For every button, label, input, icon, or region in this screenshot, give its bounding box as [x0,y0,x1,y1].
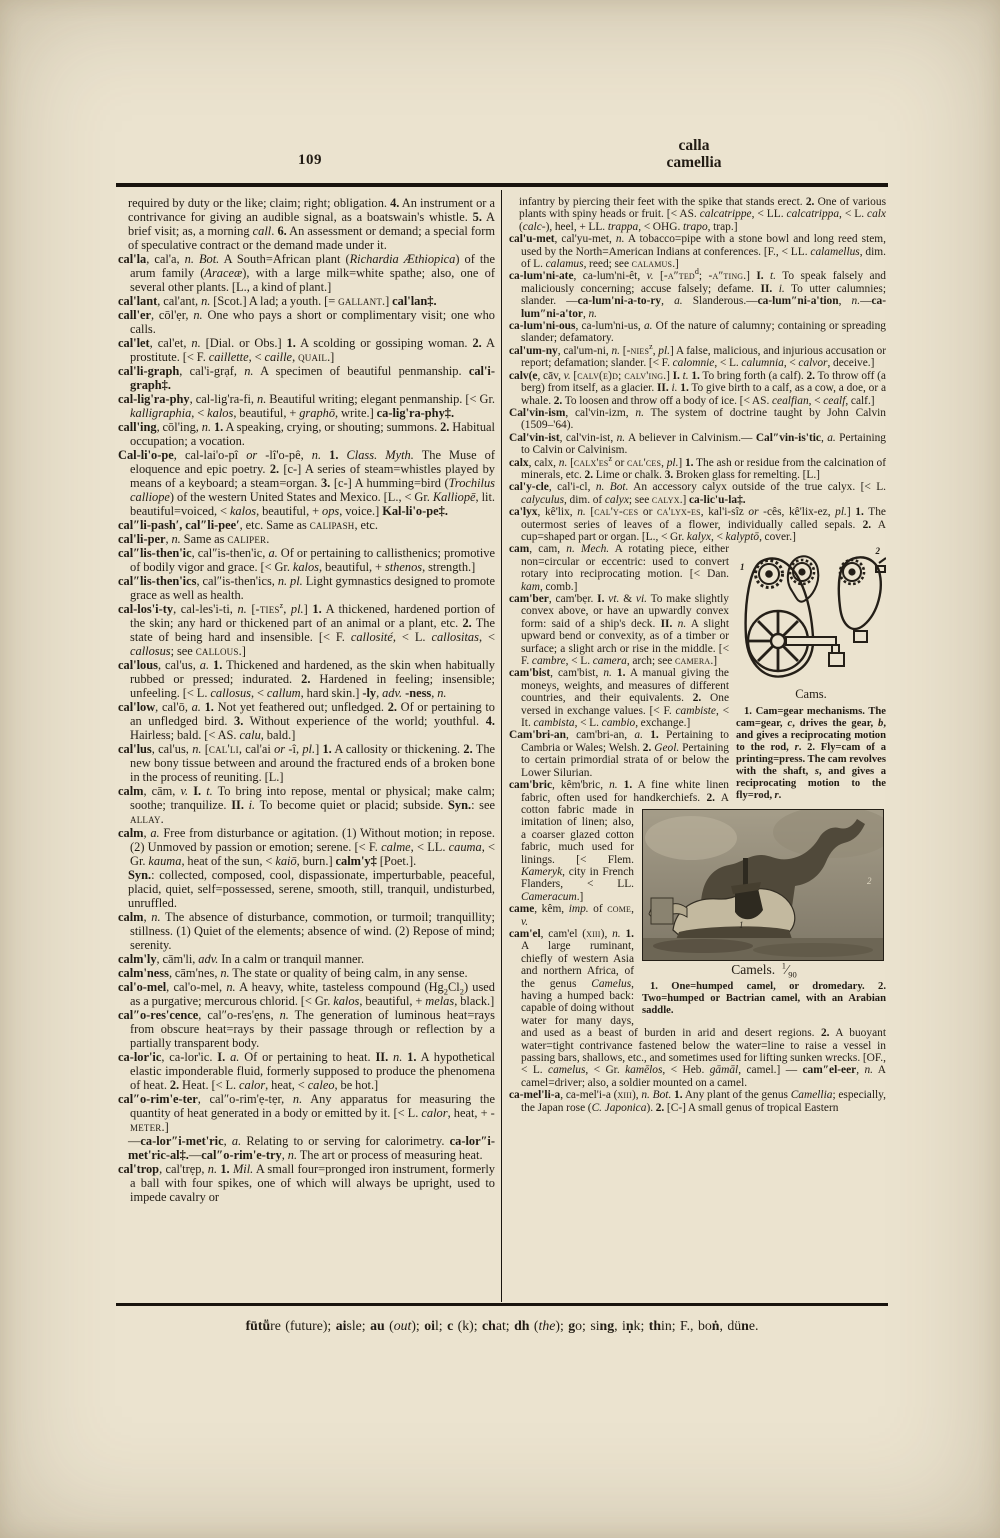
dictionary-entry: Syn.: collected, composed, cool, dispass… [118,868,495,910]
dictionary-entry: infantry by piercing their feet with the… [509,196,886,233]
dictionary-entry: cal'o-mel, cal'o-mel, n. A heavy, white,… [118,980,495,1008]
dictionary-entry: calx, calx, n. [calx'esz or cal'ces, pl.… [509,457,886,482]
camels-caption: Camels. 1⁄90 [642,964,886,976]
dictionary-entry: cal'lant, cal'ant, n. [Scot.] A lad; a y… [118,294,495,308]
dictionary-entry: cal'let, cal'et, n. [Dial. or Obs.] 1. A… [118,336,495,364]
dictionary-entry: cal'trop, cal'trẹp, n. 1. Mil. A small f… [118,1162,495,1204]
dictionary-entry: calm, a. Free from disturbance or agitat… [118,826,495,868]
dictionary-entry: Cal-li'o-pe, cal-lai'o-pî or -lî'o-pê, n… [118,448,495,518]
right-column-top-entries: infantry by piercing their feet with the… [509,196,886,543]
svg-text:1: 1 [739,920,744,930]
dictionary-entry: ca-mel'li-a, ca-mel'i-a (xiii), n. Bot. … [509,1089,886,1114]
dictionary-entry: ca-lum'ni-ate, ca-lum'ni-êt, v. [-a″tedd… [509,270,886,320]
page-footer: fūtṻre (future); aisle; au (out); oil; c… [118,1318,886,1334]
dictionary-entry: call'ing, cōl'ing, n. 1. A speaking, cry… [118,420,495,448]
dictionary-entry: —ca-lor″i-met'ric, a. Relating to or ser… [118,1134,495,1162]
guide-word-top: calla [679,138,710,155]
dictionary-entry: calm'ness, cām'nes, n. The state or qual… [118,966,495,980]
cams-figure-label-1: 1 [740,561,745,573]
dictionary-entry: cal-los'i-ty, cal-les'i-ti, n. [-tiesz, … [118,602,495,658]
bottom-rule [116,1303,888,1306]
dictionary-entry: cal″lis-then'ics, cal″is-then'ics, n. pl… [118,574,495,602]
camels-figure: 2 1 Camels. 1⁄90 1. One=humped camel, or… [642,809,886,1017]
dictionary-entry: calm'ly, cām'li, adv. In a calm or tranq… [118,952,495,966]
dictionary-entry: cal″o-res'cence, cal″o-res'ẹns, n. The g… [118,1008,495,1050]
cams-figure-label-2: 2 [876,545,881,557]
dictionary-entry: calm, n. The absence of disturbance, com… [118,910,495,952]
camels-image: 2 1 [642,809,884,961]
dictionary-entry: cal'low, cal'ō, a. 1. Not yet feathered … [118,700,495,742]
cams-drawing [736,545,886,685]
left-column: required by duty or the like; claim; rig… [118,196,495,1204]
cams-note: 1. Cam=gear mechanisms. The cam=gear, c,… [736,706,886,802]
dictionary-entry: Cal'vin-ist, cal'vin-ist, n. A believer … [509,432,886,457]
dictionary-entry: ca-lor'ic, ca-lor'ic. I. a. Of or pertai… [118,1050,495,1092]
dictionary-entry: cal'um-ny, cal'um-ni, n. [-niesz, pl.] A… [509,345,886,370]
text-columns: required by duty or the like; claim; rig… [118,196,886,1302]
guide-words: calla camellia [502,138,886,171]
dictionary-entry: cal-lig'ra-phy, cal-lig'ra-fi, n. Beauti… [118,392,495,420]
page-number: 109 [118,138,502,171]
dictionary-entry: cal'lous, cal'us, a. 1. Thickened and ha… [118,658,495,700]
guide-word-bottom: camellia [666,155,721,172]
dictionary-entry: required by duty or the like; claim; rig… [118,196,495,252]
top-rule [116,183,888,187]
dictionary-entry: call'er, cōl'ẹr, n. One who pays a short… [118,308,495,336]
dictionary-entry: cal'li-graph, cal'i-grạf, n. A specimen … [118,364,495,392]
dictionary-entry: cal'u-met, cal'yu-met, n. A tobacco=pipe… [509,233,886,270]
page-header: 109 calla camellia [118,138,886,171]
dictionary-entry: cal'la, cal'a, n. Bot. A South=African p… [118,252,495,294]
dictionary-entry: cal″li-pash′, cal″li-pee′, etc. Same as … [118,518,495,532]
dictionary-entry: cal'lus, cal'us, n. [cal'li, cal'ai or -… [118,742,495,784]
dictionary-entry: calv(e, cāv, v. [calv(e)d; calv'ing.] I.… [509,370,886,407]
dictionary-entry: cal″lis-then'ic, cal″is-then'ic, a. Of o… [118,546,495,574]
dictionary-entry: calm, cām, v. I. t. To bring into repose… [118,784,495,826]
dictionary-entry: ca-lum'ni-ous, ca-lum'ni-us, a. Of the n… [509,320,886,345]
dictionary-page: 109 calla camellia required by duty or t… [0,0,1000,1538]
dictionary-entry: ca'lyx, kê'lix, n. [cal'y-ces or ca'lyx-… [509,506,886,543]
right-column: infantry by piercing their feet with the… [509,196,886,1114]
camels-note: 1. One=humped camel, or dromedary. 2. Tw… [642,981,886,1017]
cams-figure: 1 2 [736,545,886,801]
cams-caption: Cams. [736,688,886,700]
dictionary-entry: cal'y-cle, cal'i-cl, n. Bot. An accessor… [509,481,886,506]
dictionary-entry: cal″o-rim'e-ter, cal″o-rim'ẹ-tẹr, n. Any… [118,1092,495,1134]
pronunciation-key: fūtṻre (future); aisle; au (out); oil; c… [246,1318,759,1333]
svg-text:2: 2 [867,876,872,886]
dictionary-entry: cal'li-per, n. Same as caliper. [118,532,495,546]
dictionary-entry: Cal'vin-ism, cal'vin-izm, n. The system … [509,407,886,432]
